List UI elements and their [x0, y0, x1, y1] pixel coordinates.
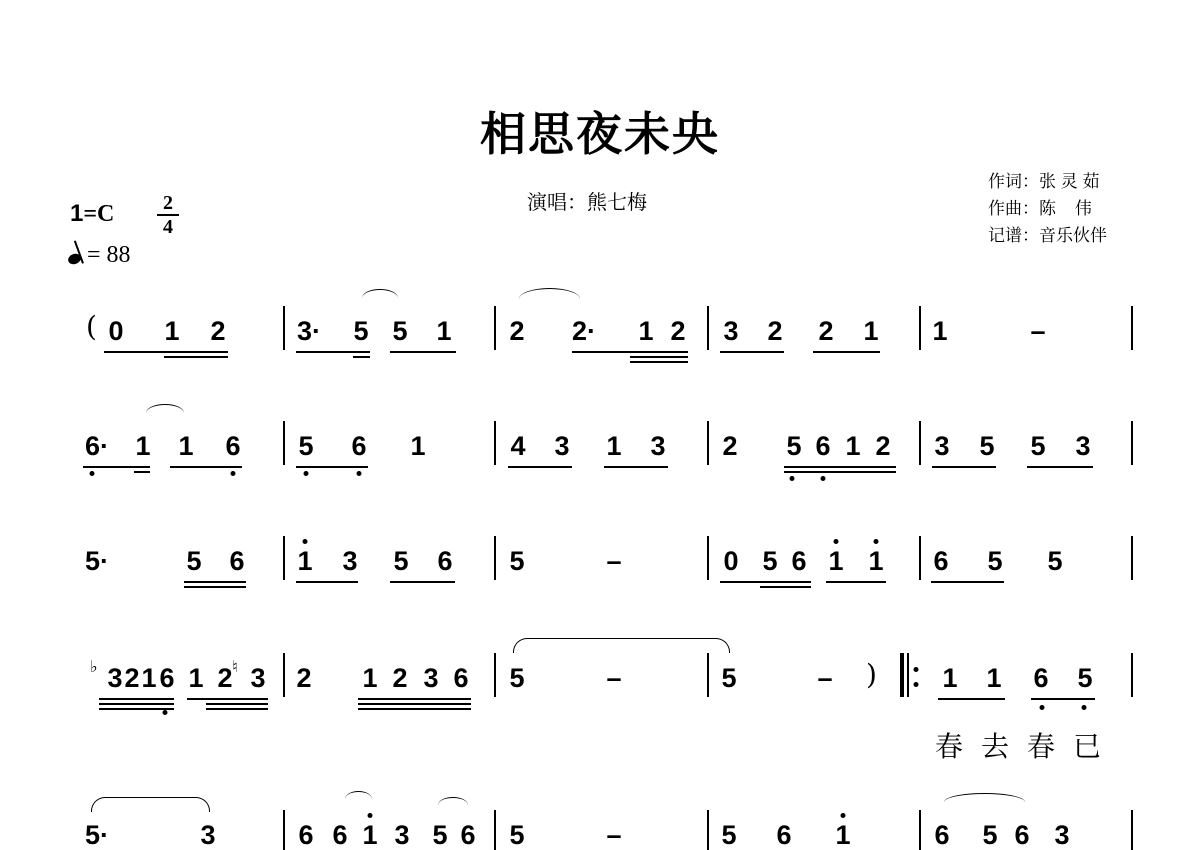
- note: 1: [178, 433, 193, 460]
- slur: [362, 289, 398, 298]
- note: 2: [767, 318, 782, 345]
- note: –: [606, 665, 621, 692]
- note: 5: [298, 433, 313, 460]
- repeat-dot: [914, 667, 919, 672]
- beam-underline: [206, 708, 268, 710]
- note: 5: [721, 665, 736, 692]
- parenthesis: (: [86, 310, 97, 343]
- beam-underline: [720, 581, 811, 583]
- beam-underline: [784, 466, 896, 468]
- barline: [919, 306, 921, 350]
- high-octave-dot: [368, 813, 373, 818]
- note: 2: [392, 665, 407, 692]
- beam-underline: [1031, 698, 1095, 700]
- beam-underline: [296, 351, 370, 353]
- barline: [919, 421, 921, 465]
- note: 1: [436, 318, 451, 345]
- high-octave-dot: [841, 813, 846, 818]
- beam-underline: [358, 698, 471, 700]
- barline: [494, 536, 496, 580]
- note: 1: [297, 548, 312, 575]
- barline: [494, 306, 496, 350]
- beam-underline: [83, 466, 150, 468]
- time-signature-top: 2: [163, 192, 173, 214]
- note: 2: [509, 318, 524, 345]
- note: 2: [670, 318, 685, 345]
- barline: [919, 810, 921, 850]
- note: 6: [1014, 822, 1029, 849]
- note: 5: [509, 665, 524, 692]
- barline: [1131, 810, 1133, 850]
- note: 3: [394, 822, 409, 849]
- transcriber-credit: 记谱：音乐伙伴: [988, 222, 1107, 249]
- note: –: [817, 665, 832, 692]
- note: 6: [225, 433, 240, 460]
- key-signature: 1=C: [70, 200, 114, 228]
- barline: [1131, 653, 1133, 697]
- low-octave-dot: [163, 710, 168, 715]
- repeat-barline-thin: [907, 653, 909, 697]
- barline: [707, 536, 709, 580]
- note: 1: [863, 318, 878, 345]
- note: 6: [437, 548, 452, 575]
- note: 5: [786, 433, 801, 460]
- beam-underline: [630, 361, 688, 363]
- slur: [944, 793, 1025, 802]
- note: 6: [229, 548, 244, 575]
- note: 0: [108, 318, 123, 345]
- note: 5: [721, 822, 736, 849]
- beam-underline: [931, 581, 1004, 583]
- note: 5·: [85, 822, 109, 849]
- key-degree: 1: [70, 200, 83, 227]
- beam-underline: [170, 466, 242, 468]
- note: 5·: [85, 548, 109, 575]
- barline: [283, 653, 285, 697]
- note: 3: [342, 548, 357, 575]
- note: 6: [460, 822, 475, 849]
- composer-credit: 作曲：陈 伟: [988, 195, 1107, 222]
- note: 5: [432, 822, 447, 849]
- note: 5: [762, 548, 777, 575]
- beam-underline: [813, 351, 880, 353]
- note: 1: [164, 318, 179, 345]
- note: 1: [410, 433, 425, 460]
- tempo-value: = 88: [87, 242, 131, 268]
- note: 3: [1075, 433, 1090, 460]
- beam-underline: [184, 581, 246, 583]
- beam-underline: [390, 581, 455, 583]
- barline: [1131, 536, 1133, 580]
- time-signature-bottom: 4: [163, 216, 173, 238]
- note: 1: [986, 665, 1001, 692]
- high-octave-dot: [874, 539, 879, 544]
- note: 6: [159, 665, 174, 692]
- note: 2: [722, 433, 737, 460]
- note: 3·: [297, 318, 321, 345]
- barline: [707, 810, 709, 850]
- barline: [494, 653, 496, 697]
- note: 5: [392, 318, 407, 345]
- barline: [919, 536, 921, 580]
- credits-block: 作词：张 灵 茹 作曲：陈 伟 记谱：音乐伙伴: [988, 168, 1107, 249]
- note: 3: [650, 433, 665, 460]
- note: 3: [107, 665, 122, 692]
- quarter-note-icon: [67, 252, 83, 266]
- note: 3: [1054, 822, 1069, 849]
- note: 5: [1047, 548, 1062, 575]
- slur: [438, 797, 468, 805]
- note: 1: [606, 433, 621, 460]
- lyric-char: 已: [1073, 725, 1101, 765]
- note: 3: [200, 822, 215, 849]
- note: 5: [353, 318, 368, 345]
- note: 1: [135, 433, 150, 460]
- lyricist-credit: 作词：张 灵 茹: [988, 168, 1107, 195]
- beam-underline: [630, 356, 688, 358]
- parenthesis: ): [866, 658, 877, 691]
- low-octave-dot: [231, 471, 236, 476]
- beam-underline: [604, 466, 668, 468]
- note: 5: [393, 548, 408, 575]
- low-octave-dot: [357, 471, 362, 476]
- slur: [519, 288, 580, 299]
- low-octave-dot: [1082, 705, 1087, 710]
- flat-icon: ♭: [90, 657, 98, 676]
- beam-underline: [296, 466, 368, 468]
- song-title: 相思夜未央: [0, 98, 1200, 164]
- low-octave-dot: [1040, 705, 1045, 710]
- barline: [283, 810, 285, 850]
- note: 6: [298, 822, 313, 849]
- slur: [345, 791, 372, 799]
- beam-underline: [358, 703, 471, 705]
- beam-underline: [353, 356, 370, 358]
- note: 5: [509, 548, 524, 575]
- beam-underline: [784, 471, 896, 473]
- note: 6: [332, 822, 347, 849]
- beam-underline: [938, 698, 1005, 700]
- note: 5: [509, 822, 524, 849]
- barline: [283, 536, 285, 580]
- high-octave-dot: [303, 539, 308, 544]
- beam-underline: [296, 581, 358, 583]
- note: 3: [934, 433, 949, 460]
- note: 2: [217, 665, 232, 692]
- note: 6·: [85, 433, 109, 460]
- tie: [91, 797, 210, 812]
- note: 6: [815, 433, 830, 460]
- lyric-char: 春: [935, 725, 963, 765]
- beam-underline: [508, 466, 572, 468]
- beam-underline: [720, 351, 784, 353]
- note: 4: [510, 433, 525, 460]
- beam-underline: [826, 581, 886, 583]
- note: –: [606, 822, 621, 849]
- note: 3: [423, 665, 438, 692]
- low-octave-dot: [821, 476, 826, 481]
- barline: [707, 306, 709, 350]
- barline: [494, 421, 496, 465]
- barline: [707, 653, 709, 697]
- beam-underline: [1027, 466, 1093, 468]
- barline: [1131, 421, 1133, 465]
- note: 1: [835, 822, 850, 849]
- beam-underline: [760, 586, 811, 588]
- note: 1: [932, 318, 947, 345]
- note: 2: [818, 318, 833, 345]
- note: 3: [723, 318, 738, 345]
- note: 6: [791, 548, 806, 575]
- beam-underline: [104, 351, 228, 353]
- beam-underline: [932, 466, 996, 468]
- time-signature: 2 4: [157, 193, 179, 237]
- note: 6: [933, 548, 948, 575]
- natural-icon: ♮: [232, 657, 238, 676]
- note: 5: [1030, 433, 1045, 460]
- repeat-dot: [914, 682, 919, 687]
- note: –: [1030, 318, 1045, 345]
- note: 5: [982, 822, 997, 849]
- tempo-marking: = 88: [68, 242, 131, 269]
- beam-underline: [358, 708, 471, 710]
- beam-underline: [206, 703, 268, 705]
- note: 1: [188, 665, 203, 692]
- note: 2: [210, 318, 225, 345]
- note: 5: [979, 433, 994, 460]
- lyric-char: 春: [1027, 725, 1055, 765]
- note: –: [606, 548, 621, 575]
- note: 2: [124, 665, 139, 692]
- note: 1: [845, 433, 860, 460]
- note: 6: [776, 822, 791, 849]
- note: 5: [1077, 665, 1092, 692]
- high-octave-dot: [834, 539, 839, 544]
- lyric-char: 去: [981, 725, 1009, 765]
- note: 3: [250, 665, 265, 692]
- note: 1: [868, 548, 883, 575]
- note: 6: [453, 665, 468, 692]
- beam-underline: [99, 703, 174, 705]
- tie: [513, 638, 730, 653]
- low-octave-dot: [790, 476, 795, 481]
- note: 5: [186, 548, 201, 575]
- repeat-barline: [900, 653, 904, 697]
- beam-underline: [164, 356, 228, 358]
- barline: [1131, 306, 1133, 350]
- note: 1: [942, 665, 957, 692]
- singer-credit: 演唱：熊七梅: [527, 186, 647, 215]
- note: 2: [875, 433, 890, 460]
- note: 1: [362, 822, 377, 849]
- beam-underline: [184, 586, 246, 588]
- note: 5: [987, 548, 1002, 575]
- note: 6: [1033, 665, 1048, 692]
- note: 2·: [572, 318, 596, 345]
- low-octave-dot: [90, 471, 95, 476]
- slur: [146, 404, 184, 413]
- barline: [707, 421, 709, 465]
- key-label: =C: [83, 201, 114, 227]
- beam-underline: [572, 351, 688, 353]
- low-octave-dot: [304, 471, 309, 476]
- note: 1: [828, 548, 843, 575]
- beam-underline: [134, 471, 150, 473]
- beam-underline: [187, 698, 268, 700]
- note: 0: [723, 548, 738, 575]
- barline: [283, 306, 285, 350]
- beam-underline: [99, 698, 174, 700]
- barline: [494, 810, 496, 850]
- beam-underline: [390, 351, 456, 353]
- note: 2: [296, 665, 311, 692]
- note: 3: [554, 433, 569, 460]
- note: 6: [934, 822, 949, 849]
- note: 1: [638, 318, 653, 345]
- barline: [283, 421, 285, 465]
- note: 6: [351, 433, 366, 460]
- note: 1: [141, 665, 156, 692]
- note: 1: [362, 665, 377, 692]
